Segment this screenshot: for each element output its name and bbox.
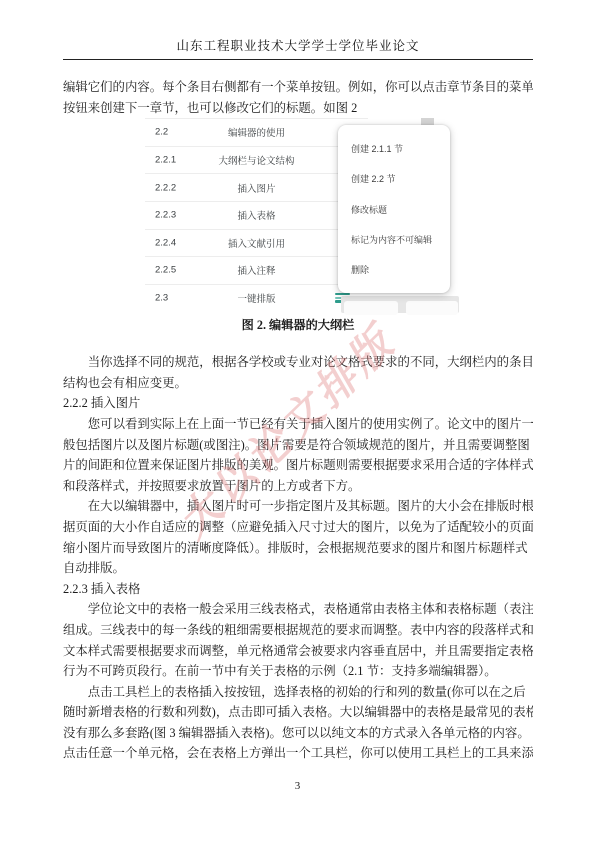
body-line: 没有那么多套路(图 3 编辑器插入表格)。您可以以纯文本的方式录入各单元格的内容…: [63, 723, 533, 744]
body-line: 编辑它们的内容。每个条目右侧都有一个菜单按钮。例如，你可以点击章节条目的菜单: [63, 77, 533, 98]
outline-row-title: 插入表格: [145, 208, 368, 222]
body-line: 缩小图片而导致图片的清晰度降低）。排版时，会根据规范要求的图片和图片标题样式: [63, 538, 533, 559]
body-line: 文本样式需要根据要求而调整，单元格通常会被要求内容垂直居中，并且需要指定表格: [63, 641, 533, 662]
figure-outline-screenshot: 2.2 编辑器的使用 2.2.1 大纲栏与论文结构 2.2.2 插入图片 2.2…: [145, 118, 465, 315]
menu-item-rename: 修改标题: [338, 203, 450, 216]
body-line: 点击任意一个单元格，会在表格上方弹出一个工具栏，你可以使用工具栏上的工具来添: [63, 743, 533, 764]
body-line: 般包括图片以及图片标题(或图注)。图片需要是符合领域规范的图片，并且需要调整图: [63, 435, 533, 456]
outline-row: 2.2.1 大纲栏与论文结构: [145, 146, 368, 174]
running-header: 山东工程职业技术大学学士学位毕业论文: [63, 0, 533, 60]
outline-row-title: 插入文献引用: [145, 236, 368, 250]
body-line: 自动排版。: [63, 558, 533, 579]
body-line: 随时新增表格的行数和列数)，点击即可插入表格。大以编辑器中的表格是最常见的表格，: [63, 702, 533, 723]
body-line: 当你选择不同的规范，根据各学校或专业对论文格式要求的不同，大纲栏内的条目: [63, 352, 533, 373]
outline-row-title: 编辑器的使用: [145, 125, 368, 139]
section-heading: 2.2.2 插入图片: [63, 393, 533, 414]
menu-item-delete: 删除: [338, 263, 450, 276]
outline-row-title: 大纲栏与论文结构: [145, 153, 368, 167]
body-line: 结构也会有相应变更。: [63, 373, 533, 394]
body-line: 您可以看到实际上在上面一节已经有关于插入图片的使用实例了。论文中的图片一: [63, 414, 533, 435]
outline-row: 2.2.3 插入表格: [145, 201, 368, 229]
body-line: 行为不可跨页段行。在前一节中有关于表格的示例（2.1 节：支持多端编辑器）。: [63, 661, 533, 682]
body-line: 点击工具栏上的表格插入按按钮，选择表格的初始的行和列的数量(你可以在之后: [63, 682, 533, 703]
body-line: 按钮来创建下一章节，也可以修改它们的标题。如图 2: [63, 98, 533, 119]
document-page: 山东工程职业技术大学学士学位毕业论文 编辑它们的内容。每个条目右侧都有一个菜单按…: [0, 0, 595, 842]
background-card-fragment: [344, 301, 398, 315]
body-line: 片的间距和位置来保证图片排版的美观。图片标题则需要根据要求采用合适的字体样式: [63, 455, 533, 476]
body-text: 当你选择不同的规范，根据各学校或专业对论文格式要求的不同，大纲栏内的条目 结构也…: [63, 352, 533, 764]
body-line: 组成。三线表中的每一条线的粗细需要根据规范的要求而调整。表中内容的段落样式和: [63, 620, 533, 641]
menu-item-mark-readonly: 标记为内容不可编辑: [338, 233, 450, 246]
background-card-fragment: [406, 301, 458, 315]
outline-row: 2.2 编辑器的使用: [145, 118, 368, 146]
menu-item-create-section: 创建 2.2 节: [338, 172, 450, 185]
outline-panel: 2.2 编辑器的使用 2.2.1 大纲栏与论文结构 2.2.2 插入图片 2.2…: [145, 118, 368, 311]
outline-row: 2.2.2 插入图片: [145, 173, 368, 201]
section-heading: 2.2.3 插入表格: [63, 579, 533, 600]
figure-caption: 图 2. 编辑器的大纲栏: [63, 316, 533, 333]
outline-row-title: 插入图片: [145, 181, 368, 195]
context-menu: 创建 2.1.1 节 创建 2.2 节 修改标题 标记为内容不可编辑 删除: [338, 125, 450, 293]
content-column: 山东工程职业技术大学学士学位毕业论文 编辑它们的内容。每个条目右侧都有一个菜单按…: [63, 0, 533, 764]
intro-paragraph: 编辑它们的内容。每个条目右侧都有一个菜单按钮。例如，你可以点击章节条目的菜单 按…: [63, 77, 533, 118]
outline-row: 2.3 一键排版: [145, 284, 368, 312]
outline-row-title: 插入注释: [145, 263, 368, 277]
outline-row: 2.2.4 插入文献引用: [145, 229, 368, 257]
body-line: 在大以编辑器中，插入图片时可一步指定图片及其标题。图片的大小会在排版时根: [63, 496, 533, 517]
body-line: 学位论文中的表格一般会采用三线表格式，表格通常由表格主体和表格标题（表注）: [63, 599, 533, 620]
body-line: 和段落样式，并按照要求放置于图片的上方或者下方。: [63, 476, 533, 497]
menu-item-create-subsection: 创建 2.1.1 节: [338, 142, 450, 155]
page-number: 3: [0, 780, 595, 792]
body-line: 据页面的大小作自适应的调整（应避免插入尺寸过大的图片，以免为了适配较小的页面: [63, 517, 533, 538]
outline-row: 2.2.5 插入注释: [145, 256, 368, 284]
